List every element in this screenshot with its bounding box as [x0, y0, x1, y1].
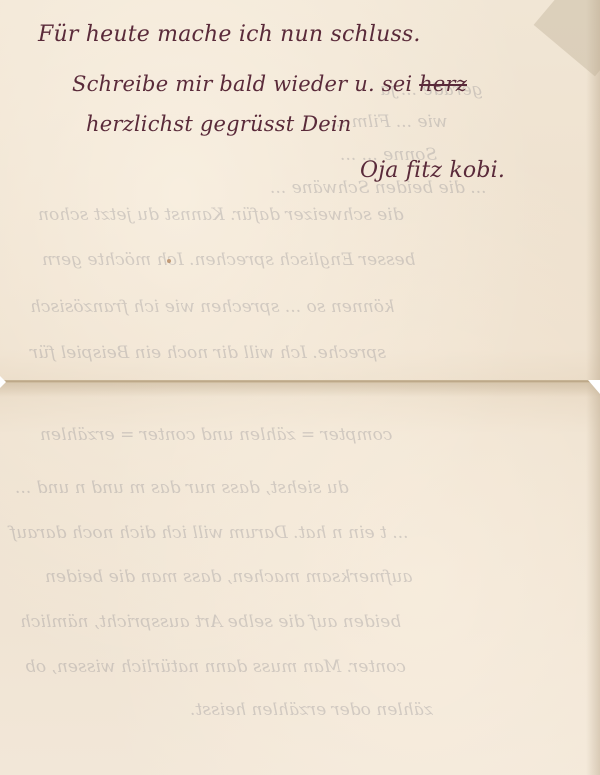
bleed-through-line: können so ... sprechen wie ich französis… — [30, 297, 394, 317]
letter-line-2: Schreibe mir bald wieder u. sei herz — [72, 72, 467, 96]
letter-line-1: Für heute mache ich nun schluss. — [38, 22, 421, 47]
bleed-through-line: compter = zählen und conter = erzählen — [40, 425, 392, 445]
bleed-through-line: beiden auf die selbe Art ausspricht, näm… — [20, 612, 401, 632]
letter-line-3: herzlichst gegrüsst Dein — [86, 112, 352, 136]
bleed-through-line: ... t ein n hat. Darum will ich dich noc… — [10, 523, 409, 543]
fold-notch-right — [588, 380, 600, 394]
paper-fold-shadow — [0, 383, 600, 397]
fold-notch-left — [0, 376, 6, 388]
bleed-through-line: aufmerksam machen, dass man die beiden — [45, 567, 412, 587]
bleed-through-line: du siehst, dass nur das m und n und ... — [15, 478, 349, 498]
bleed-through-line: die schweizer dafür. Kannst du jetzt sch… — [38, 205, 404, 225]
bleed-through-line: zählen oder erzählen heisst. — [190, 700, 433, 720]
letter-line-2-text: Schreibe mir bald wieder u. sei — [72, 72, 412, 96]
letter-signature: Oja fitz kobi. — [360, 158, 505, 183]
struck-word: herz — [419, 72, 467, 96]
bleed-through-line: spreche. Ich will dir noch ein Beispiel … — [30, 343, 386, 363]
bleed-through-line: besser Englisch sprechen. Ich möchte ger… — [42, 250, 416, 270]
bleed-through-line: conter. Man muss dann natürlich wissen, … — [25, 657, 406, 677]
ink-stain — [167, 259, 171, 263]
letter-page: gerade ... ja wie ... Film ... Sonne ...… — [0, 0, 600, 775]
